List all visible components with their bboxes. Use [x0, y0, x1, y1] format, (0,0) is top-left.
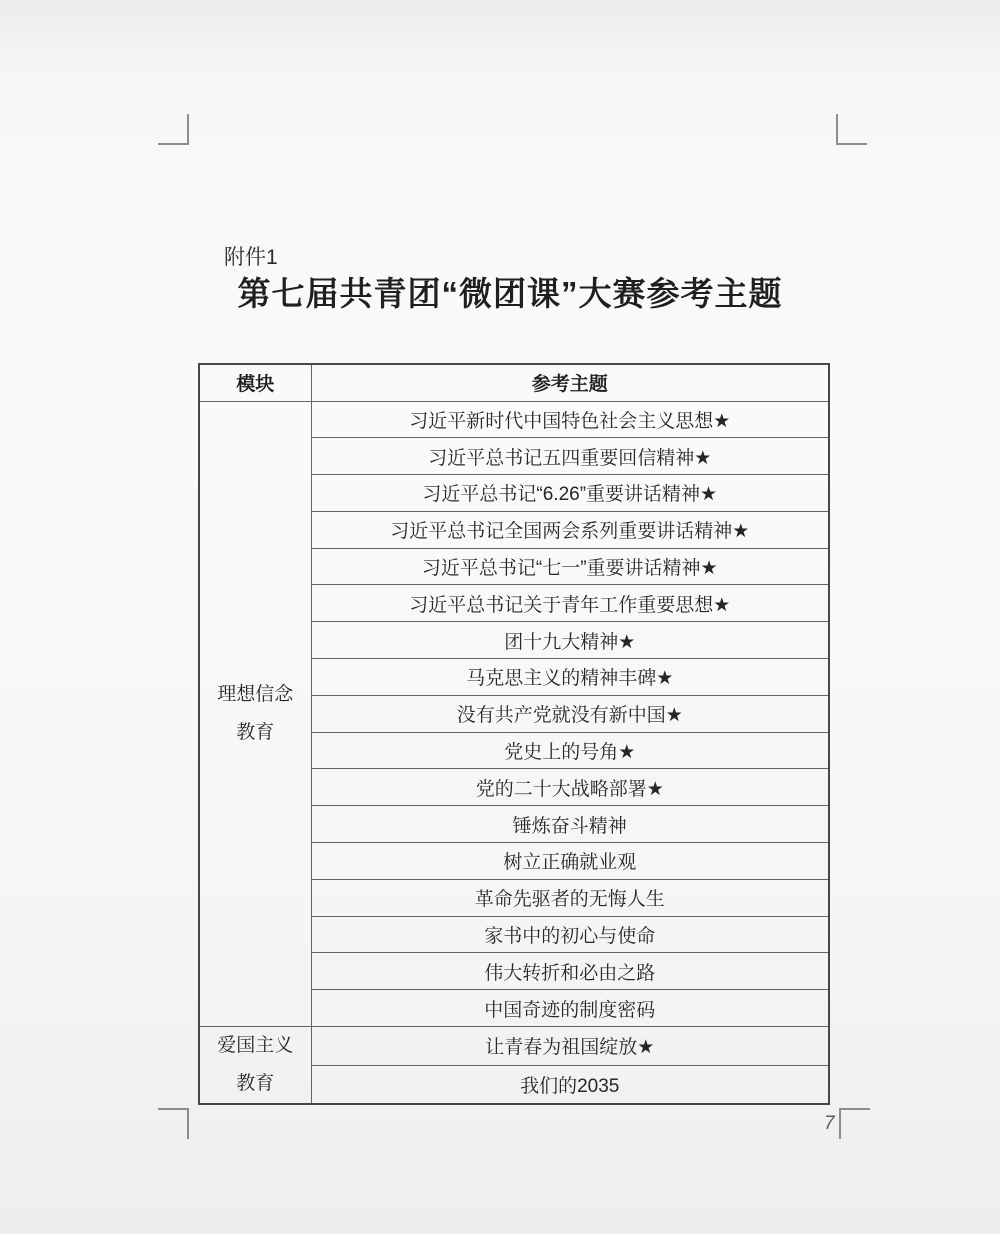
- topic-cell: 习近平总书记关于青年工作重要思想★: [311, 585, 829, 622]
- topic-cell: 习近平新时代中国特色社会主义思想★: [311, 401, 829, 438]
- topic-cell: 伟大转折和必由之路: [311, 953, 829, 990]
- topic-cell: 党史上的号角★: [311, 732, 829, 769]
- page-number: 7: [824, 1113, 835, 1135]
- module-line: 爱国主义: [200, 1027, 311, 1065]
- topic-cell: 习近平总书记“6.26”重要讲话精神★: [311, 475, 829, 512]
- module-line: 教育: [200, 714, 311, 752]
- module-line: 理想信念: [200, 676, 311, 714]
- topic-cell: 习近平总书记“七一”重要讲话精神★: [311, 548, 829, 585]
- crop-mark-top-left: [158, 114, 189, 145]
- topic-cell: 中国奇迹的制度密码: [311, 990, 829, 1027]
- document-page: 附件1 第七届共青团“微团课”大赛参考主题 模块 参考主题 理想信念 教育 习近…: [0, 0, 1000, 1234]
- topic-cell: 习近平总书记全国两会系列重要讲话精神★: [311, 511, 829, 548]
- topic-cell: 让青春为祖国绽放★: [311, 1027, 829, 1066]
- crop-mark-bottom-right: [839, 1108, 870, 1139]
- topics-table: 模块 参考主题 理想信念 教育 习近平新时代中国特色社会主义思想★ 习近平总书记…: [198, 363, 830, 1105]
- topic-cell: 革命先驱者的无悔人生: [311, 879, 829, 916]
- topic-cell: 党的二十大战略部署★: [311, 769, 829, 806]
- topic-cell: 家书中的初心与使命: [311, 916, 829, 953]
- attachment-label: 附件1: [224, 241, 278, 271]
- crop-mark-bottom-left: [158, 1108, 189, 1139]
- module-line: 教育: [200, 1065, 311, 1103]
- topic-cell: 锤炼奋斗精神: [311, 806, 829, 843]
- topic-cell: 习近平总书记五四重要回信精神★: [311, 438, 829, 475]
- topic-cell: 马克思主义的精神丰碑★: [311, 659, 829, 696]
- table-row: 爱国主义 教育 让青春为祖国绽放★: [199, 1027, 829, 1066]
- table-row: 理想信念 教育 习近平新时代中国特色社会主义思想★: [199, 401, 829, 438]
- topic-cell: 没有共产党就没有新中国★: [311, 695, 829, 732]
- header-topic: 参考主题: [311, 364, 829, 401]
- topic-cell: 树立正确就业观: [311, 843, 829, 880]
- crop-mark-top-right: [836, 114, 867, 145]
- module-cell-ideals: 理想信念 教育: [199, 401, 311, 1027]
- page-title: 第七届共青团“微团课”大赛参考主题: [190, 268, 830, 315]
- module-cell-patriotism: 爱国主义 教育: [199, 1027, 311, 1105]
- header-module: 模块: [199, 364, 311, 401]
- table-header-row: 模块 参考主题: [199, 364, 829, 401]
- topic-cell: 我们的2035: [311, 1065, 829, 1104]
- topic-cell: 团十九大精神★: [311, 622, 829, 659]
